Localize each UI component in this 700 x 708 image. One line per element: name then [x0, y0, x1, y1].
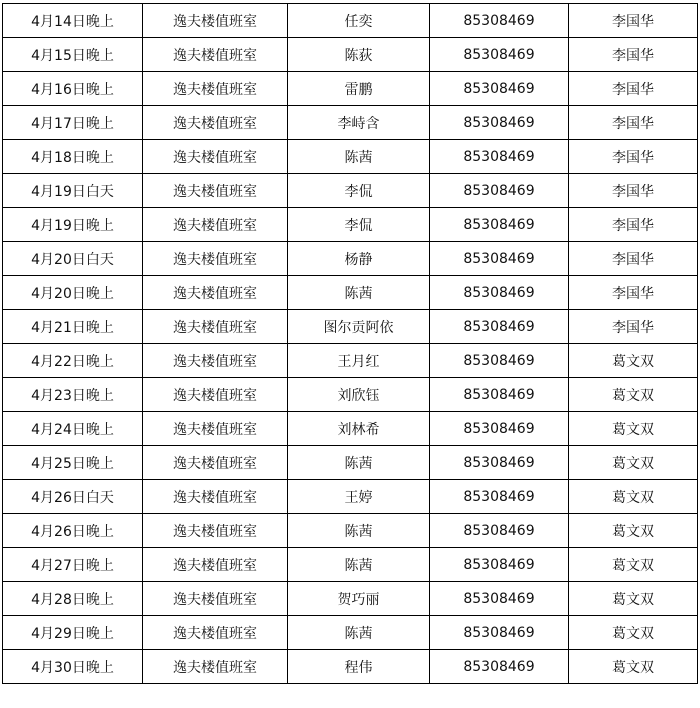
- duty-leader-cell: 李国华: [569, 72, 698, 106]
- table-row: 4月19日白天逸夫楼值班室李侃85308469李国华: [3, 174, 698, 208]
- table-row: 4月15日晚上逸夫楼值班室陈荻85308469李国华: [3, 38, 698, 72]
- duty-phone-cell: 85308469: [430, 276, 569, 310]
- duty-location-cell: 逸夫楼值班室: [143, 4, 288, 38]
- duty-staff-cell: 刘欣钰: [288, 378, 430, 412]
- duty-leader-cell: 李国华: [569, 174, 698, 208]
- table-row: 4月30日晚上逸夫楼值班室程伟85308469葛文双: [3, 650, 698, 684]
- duty-location-cell: 逸夫楼值班室: [143, 140, 288, 174]
- duty-time-cell: 4月21日晚上: [3, 310, 143, 344]
- duty-location-cell: 逸夫楼值班室: [143, 548, 288, 582]
- table-row: 4月16日晚上逸夫楼值班室雷鹏85308469李国华: [3, 72, 698, 106]
- table-row: 4月25日晚上逸夫楼值班室陈茜85308469葛文双: [3, 446, 698, 480]
- duty-location-cell: 逸夫楼值班室: [143, 412, 288, 446]
- duty-staff-cell: 陈茜: [288, 548, 430, 582]
- duty-leader-cell: 李国华: [569, 106, 698, 140]
- duty-leader-cell: 葛文双: [569, 412, 698, 446]
- duty-time-cell: 4月25日晚上: [3, 446, 143, 480]
- table-row: 4月24日晚上逸夫楼值班室刘林希85308469葛文双: [3, 412, 698, 446]
- duty-leader-cell: 葛文双: [569, 514, 698, 548]
- table-row: 4月19日晚上逸夫楼值班室李侃85308469李国华: [3, 208, 698, 242]
- duty-leader-cell: 李国华: [569, 310, 698, 344]
- duty-location-cell: 逸夫楼值班室: [143, 208, 288, 242]
- duty-leader-cell: 葛文双: [569, 480, 698, 514]
- duty-time-cell: 4月30日晚上: [3, 650, 143, 684]
- table-row: 4月14日晚上逸夫楼值班室任奕85308469李国华: [3, 4, 698, 38]
- duty-leader-cell: 李国华: [569, 208, 698, 242]
- duty-staff-cell: 杨静: [288, 242, 430, 276]
- duty-time-cell: 4月19日晚上: [3, 208, 143, 242]
- duty-location-cell: 逸夫楼值班室: [143, 310, 288, 344]
- duty-phone-cell: 85308469: [430, 242, 569, 276]
- duty-time-cell: 4月16日晚上: [3, 72, 143, 106]
- duty-phone-cell: 85308469: [430, 514, 569, 548]
- duty-phone-cell: 85308469: [430, 208, 569, 242]
- duty-phone-cell: 85308469: [430, 616, 569, 650]
- table-row: 4月26日晚上逸夫楼值班室陈茜85308469葛文双: [3, 514, 698, 548]
- duty-location-cell: 逸夫楼值班室: [143, 378, 288, 412]
- duty-time-cell: 4月29日晚上: [3, 616, 143, 650]
- table-row: 4月23日晚上逸夫楼值班室刘欣钰85308469葛文双: [3, 378, 698, 412]
- duty-time-cell: 4月20日白天: [3, 242, 143, 276]
- duty-location-cell: 逸夫楼值班室: [143, 174, 288, 208]
- duty-time-cell: 4月24日晚上: [3, 412, 143, 446]
- table-row: 4月22日晚上逸夫楼值班室王月红85308469葛文双: [3, 344, 698, 378]
- duty-phone-cell: 85308469: [430, 548, 569, 582]
- duty-staff-cell: 刘林希: [288, 412, 430, 446]
- duty-location-cell: 逸夫楼值班室: [143, 616, 288, 650]
- duty-staff-cell: 李侃: [288, 174, 430, 208]
- duty-leader-cell: 葛文双: [569, 616, 698, 650]
- duty-phone-cell: 85308469: [430, 38, 569, 72]
- duty-staff-cell: 陈茜: [288, 616, 430, 650]
- duty-time-cell: 4月14日晚上: [3, 4, 143, 38]
- duty-leader-cell: 李国华: [569, 4, 698, 38]
- table-row: 4月21日晚上逸夫楼值班室图尔贡阿依85308469李国华: [3, 310, 698, 344]
- table-row: 4月20日晚上逸夫楼值班室陈茜85308469李国华: [3, 276, 698, 310]
- duty-staff-cell: 陈茜: [288, 514, 430, 548]
- duty-staff-cell: 图尔贡阿依: [288, 310, 430, 344]
- duty-location-cell: 逸夫楼值班室: [143, 106, 288, 140]
- duty-phone-cell: 85308469: [430, 4, 569, 38]
- duty-staff-cell: 雷鹏: [288, 72, 430, 106]
- table-row: 4月17日晚上逸夫楼值班室李峙含85308469李国华: [3, 106, 698, 140]
- duty-location-cell: 逸夫楼值班室: [143, 480, 288, 514]
- duty-leader-cell: 葛文双: [569, 446, 698, 480]
- duty-leader-cell: 葛文双: [569, 650, 698, 684]
- duty-leader-cell: 葛文双: [569, 548, 698, 582]
- duty-leader-cell: 李国华: [569, 276, 698, 310]
- duty-time-cell: 4月15日晚上: [3, 38, 143, 72]
- duty-location-cell: 逸夫楼值班室: [143, 38, 288, 72]
- duty-staff-cell: 李峙含: [288, 106, 430, 140]
- table-row: 4月26日白天逸夫楼值班室王婷85308469葛文双: [3, 480, 698, 514]
- duty-phone-cell: 85308469: [430, 140, 569, 174]
- duty-leader-cell: 李国华: [569, 38, 698, 72]
- duty-location-cell: 逸夫楼值班室: [143, 650, 288, 684]
- duty-location-cell: 逸夫楼值班室: [143, 242, 288, 276]
- duty-staff-cell: 李侃: [288, 208, 430, 242]
- duty-phone-cell: 85308469: [430, 344, 569, 378]
- duty-phone-cell: 85308469: [430, 174, 569, 208]
- duty-schedule-table: 4月14日晚上逸夫楼值班室任奕85308469李国华4月15日晚上逸夫楼值班室陈…: [2, 3, 698, 684]
- duty-phone-cell: 85308469: [430, 106, 569, 140]
- duty-location-cell: 逸夫楼值班室: [143, 514, 288, 548]
- table-row: 4月29日晚上逸夫楼值班室陈茜85308469葛文双: [3, 616, 698, 650]
- duty-leader-cell: 葛文双: [569, 582, 698, 616]
- duty-time-cell: 4月17日晚上: [3, 106, 143, 140]
- duty-phone-cell: 85308469: [430, 650, 569, 684]
- duty-leader-cell: 李国华: [569, 140, 698, 174]
- duty-time-cell: 4月20日晚上: [3, 276, 143, 310]
- table-row: 4月28日晚上逸夫楼值班室贺巧丽85308469葛文双: [3, 582, 698, 616]
- duty-time-cell: 4月26日晚上: [3, 514, 143, 548]
- duty-staff-cell: 任奕: [288, 4, 430, 38]
- duty-leader-cell: 葛文双: [569, 344, 698, 378]
- duty-phone-cell: 85308469: [430, 582, 569, 616]
- duty-staff-cell: 陈荻: [288, 38, 430, 72]
- duty-phone-cell: 85308469: [430, 446, 569, 480]
- duty-time-cell: 4月27日晚上: [3, 548, 143, 582]
- table-row: 4月27日晚上逸夫楼值班室陈茜85308469葛文双: [3, 548, 698, 582]
- duty-phone-cell: 85308469: [430, 310, 569, 344]
- duty-time-cell: 4月23日晚上: [3, 378, 143, 412]
- duty-phone-cell: 85308469: [430, 480, 569, 514]
- duty-staff-cell: 王月红: [288, 344, 430, 378]
- duty-leader-cell: 葛文双: [569, 378, 698, 412]
- table-row: 4月20日白天逸夫楼值班室杨静85308469李国华: [3, 242, 698, 276]
- duty-staff-cell: 陈茜: [288, 140, 430, 174]
- duty-time-cell: 4月28日晚上: [3, 582, 143, 616]
- duty-phone-cell: 85308469: [430, 412, 569, 446]
- duty-time-cell: 4月18日晚上: [3, 140, 143, 174]
- duty-staff-cell: 程伟: [288, 650, 430, 684]
- duty-location-cell: 逸夫楼值班室: [143, 344, 288, 378]
- duty-time-cell: 4月22日晚上: [3, 344, 143, 378]
- duty-location-cell: 逸夫楼值班室: [143, 276, 288, 310]
- duty-location-cell: 逸夫楼值班室: [143, 72, 288, 106]
- duty-staff-cell: 陈茜: [288, 446, 430, 480]
- duty-schedule-body: 4月14日晚上逸夫楼值班室任奕85308469李国华4月15日晚上逸夫楼值班室陈…: [3, 4, 698, 684]
- duty-staff-cell: 陈茜: [288, 276, 430, 310]
- duty-time-cell: 4月19日白天: [3, 174, 143, 208]
- duty-staff-cell: 贺巧丽: [288, 582, 430, 616]
- duty-phone-cell: 85308469: [430, 378, 569, 412]
- table-row: 4月18日晚上逸夫楼值班室陈茜85308469李国华: [3, 140, 698, 174]
- duty-time-cell: 4月26日白天: [3, 480, 143, 514]
- duty-phone-cell: 85308469: [430, 72, 569, 106]
- duty-staff-cell: 王婷: [288, 480, 430, 514]
- duty-location-cell: 逸夫楼值班室: [143, 582, 288, 616]
- duty-location-cell: 逸夫楼值班室: [143, 446, 288, 480]
- duty-leader-cell: 李国华: [569, 242, 698, 276]
